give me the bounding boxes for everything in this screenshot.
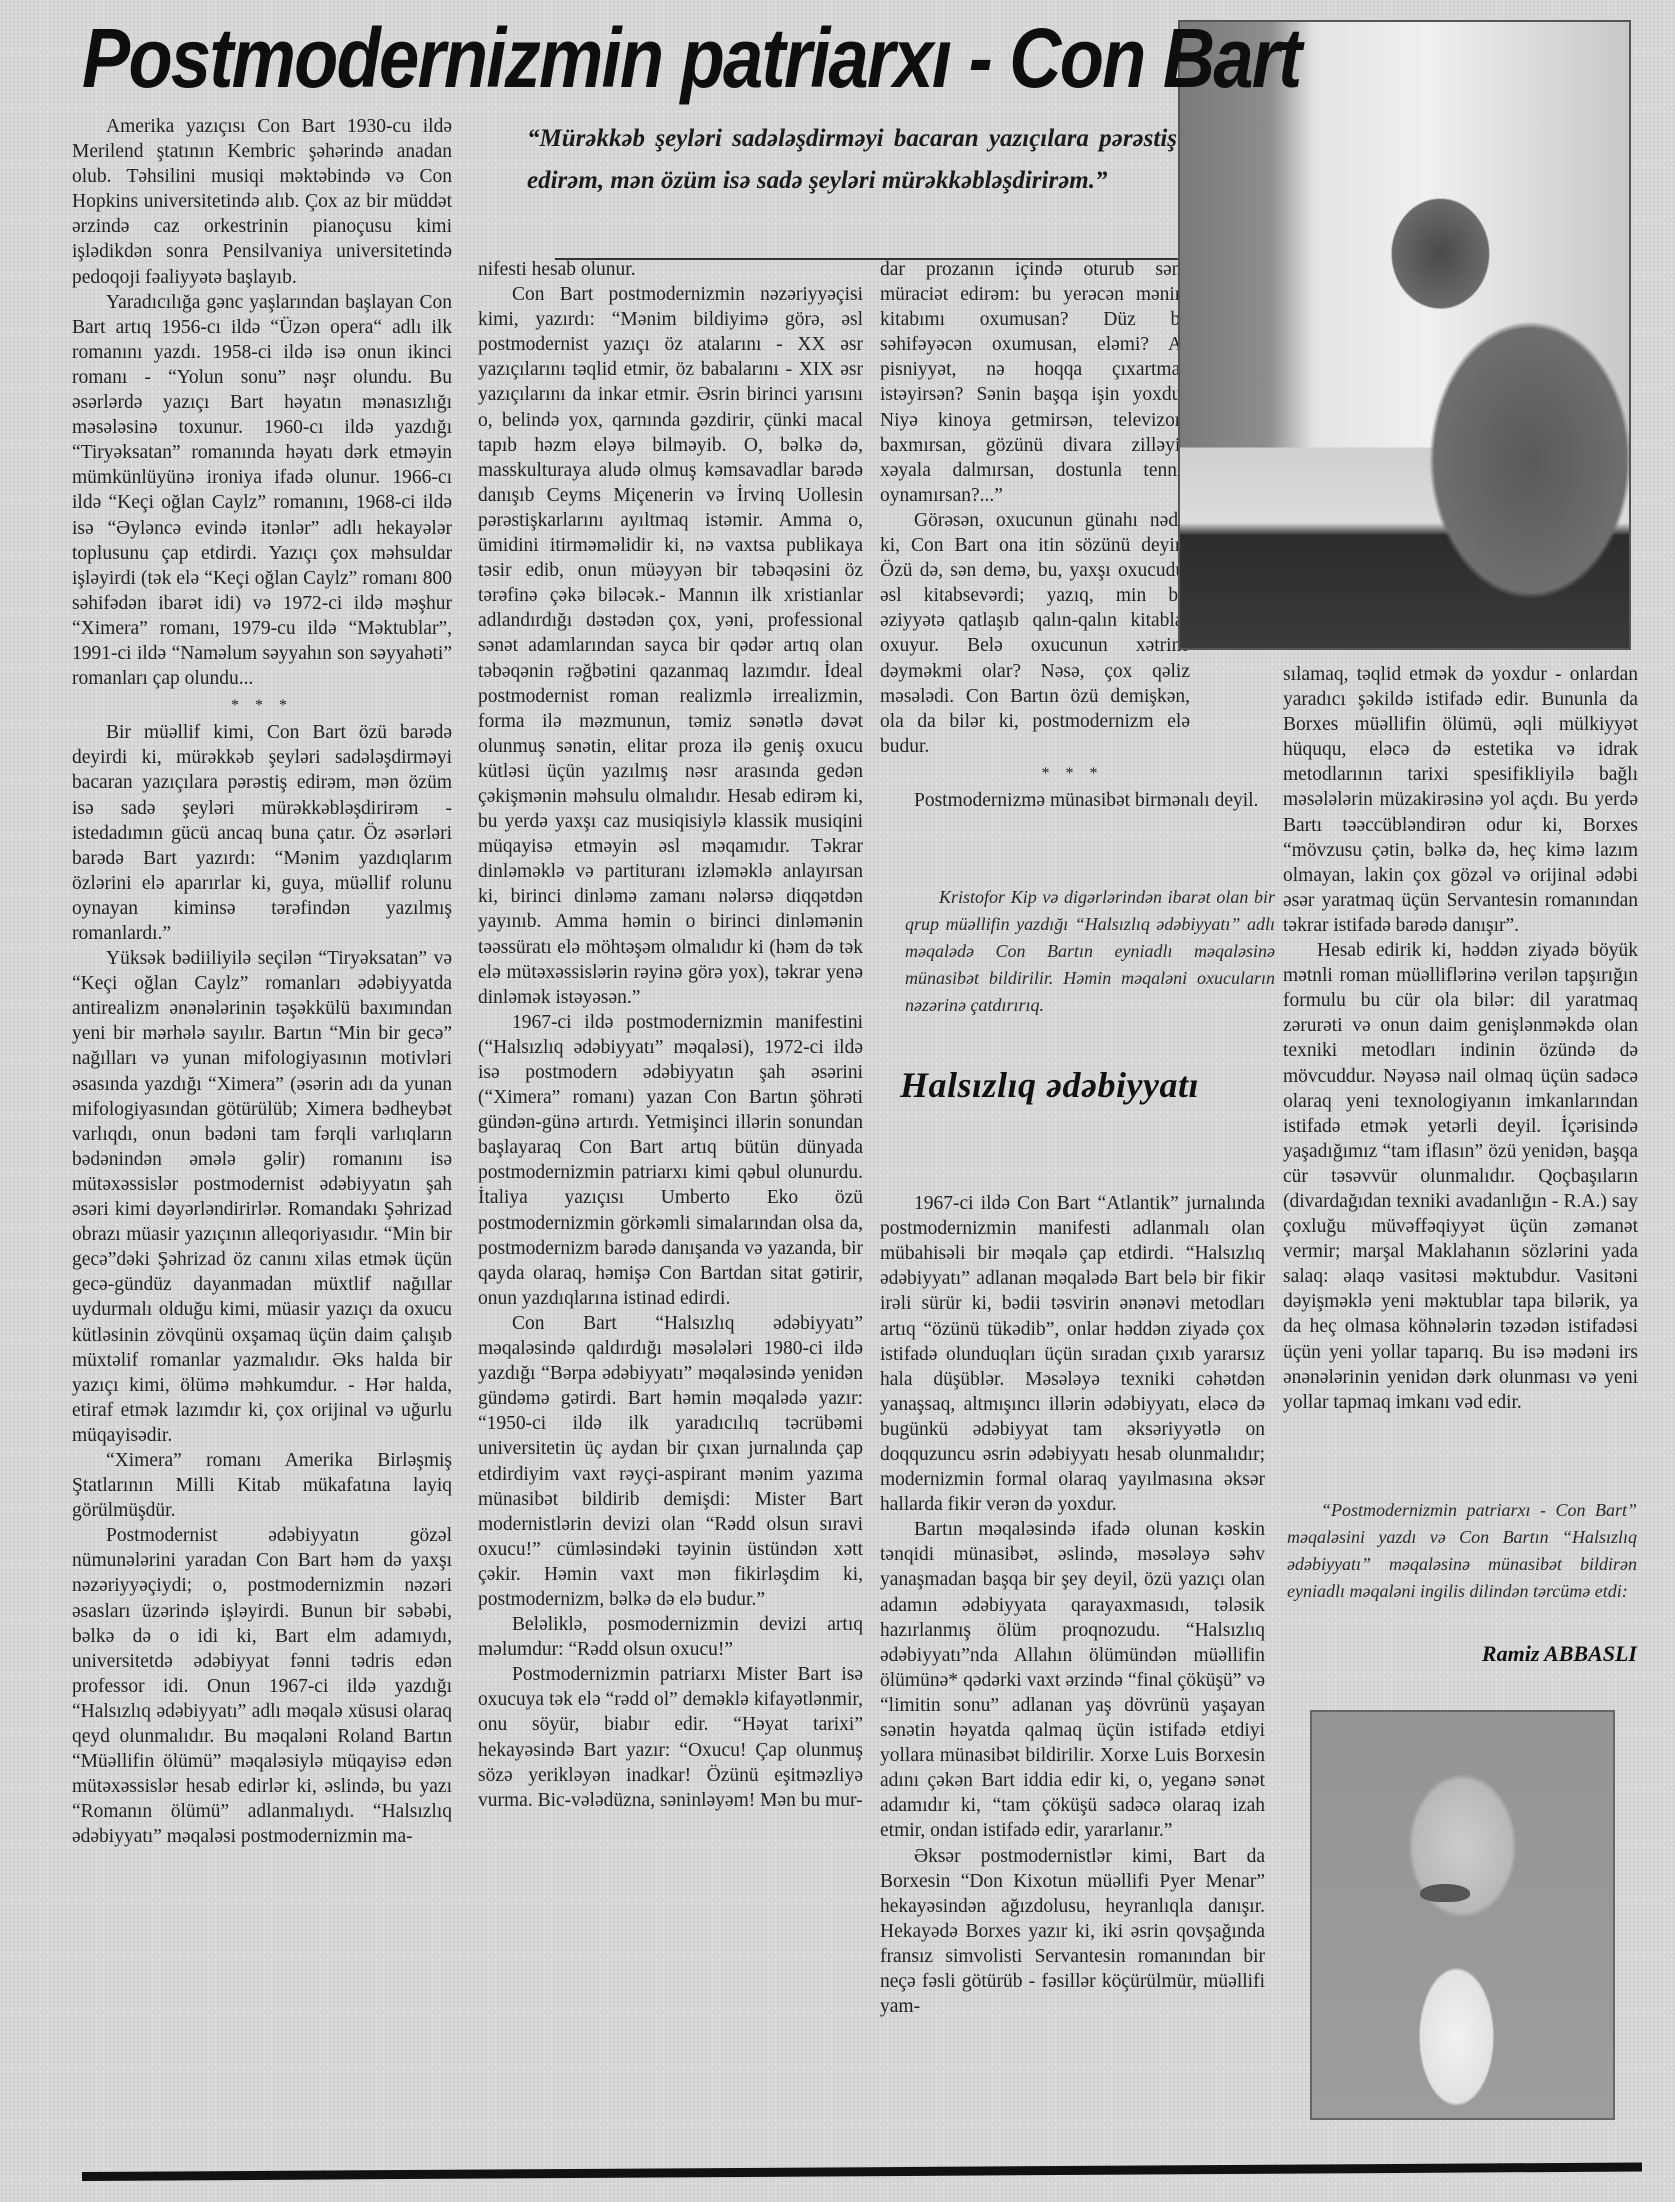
paragraph: Görəsən, oxucunun günahı nədir ki, Con B… <box>880 508 1190 759</box>
newspaper-page: Postmodernizmin patriarxı - Con Bart “Mü… <box>0 0 1675 2202</box>
article-column-1: Amerika yazıçısı Con Bart 1930-cu ildə M… <box>72 114 452 2094</box>
paragraph: 1967-ci ildə postmodernizmin manifestini… <box>478 1010 863 1311</box>
paragraph: sılamaq, təqlid etmək də yoxdur - onlard… <box>1283 662 1638 938</box>
translator-credit-note: “Postmodernizmin patriarxı - Con Bart” m… <box>1287 1497 1637 1605</box>
paragraph: “Ximera” romanı Amerika Birləşmiş Ştatla… <box>72 1448 452 1523</box>
article-column-2: nifesti hesab olunur. Con Bart postmoder… <box>478 257 863 2087</box>
section-separator: * * * <box>72 693 452 718</box>
editor-note: Kristofor Kip və digərlərindən ibarət ol… <box>905 884 1275 1019</box>
paragraph: Yaradıcılığa gənc yaşlarından başlayan C… <box>72 290 452 692</box>
author-byline: Ramiz ABBASLI <box>1287 1641 1637 1667</box>
paragraph: Bartın məqaləsində ifadə olunan kəskin t… <box>880 1517 1265 1843</box>
paragraph: Con Bart postmodernizmin nəzəriyyəçisi k… <box>478 282 863 1010</box>
paragraph: Beləliklə, posmodernizmin devizi artıq m… <box>478 1612 863 1662</box>
paragraph: Postmodernizmə münasibət birmənalı deyil… <box>880 788 1265 813</box>
bottom-rule <box>82 2162 1642 2181</box>
headline: Postmodernizmin patriarxı - Con Bart <box>82 8 1303 108</box>
paragraph: Yüksək bədiiliyilə seçilən “Tiryəksatan”… <box>72 946 452 1448</box>
paragraph: Postmodernizmin patriarxı Mister Bart is… <box>478 1662 863 1813</box>
paragraph: Əksər postmodernistlər kimi, Bart da Bor… <box>880 1844 1265 2020</box>
photo-con-bart <box>1178 20 1631 650</box>
paragraph: nifesti hesab olunur. <box>478 257 863 282</box>
pull-quote: “Mürəkkəb şeyləri sadələşdirməyi bacaran… <box>527 118 1177 202</box>
paragraph: Hesab edirik ki, həddən ziyadə böyük mət… <box>1283 938 1638 1415</box>
article-column-4: sılamaq, təqlid etmək də yoxdur - onlard… <box>1283 662 1638 1642</box>
section-subheading: Halsızlıq ədəbiyyatı <box>900 1063 1280 1107</box>
paragraph: 1967-ci ildə Con Bart “Atlantik” jurnalı… <box>880 1191 1265 1517</box>
section-separator: * * * <box>880 761 1265 786</box>
paragraph: Postmodernist ədəbiyyatın gözəl nümunələ… <box>72 1523 452 1849</box>
paragraph: Con Bart “Halsızlıq ədəbiyyatı” məqaləsi… <box>478 1311 863 1612</box>
paragraph: Bir müəllif kimi, Con Bart özü barədə de… <box>72 720 452 946</box>
paragraph: dar prozanın içində oturub sənə müraciət… <box>880 257 1190 508</box>
paragraph: Amerika yazıçısı Con Bart 1930-cu ildə M… <box>72 114 452 290</box>
photo-author-portrait <box>1310 1710 1615 2120</box>
